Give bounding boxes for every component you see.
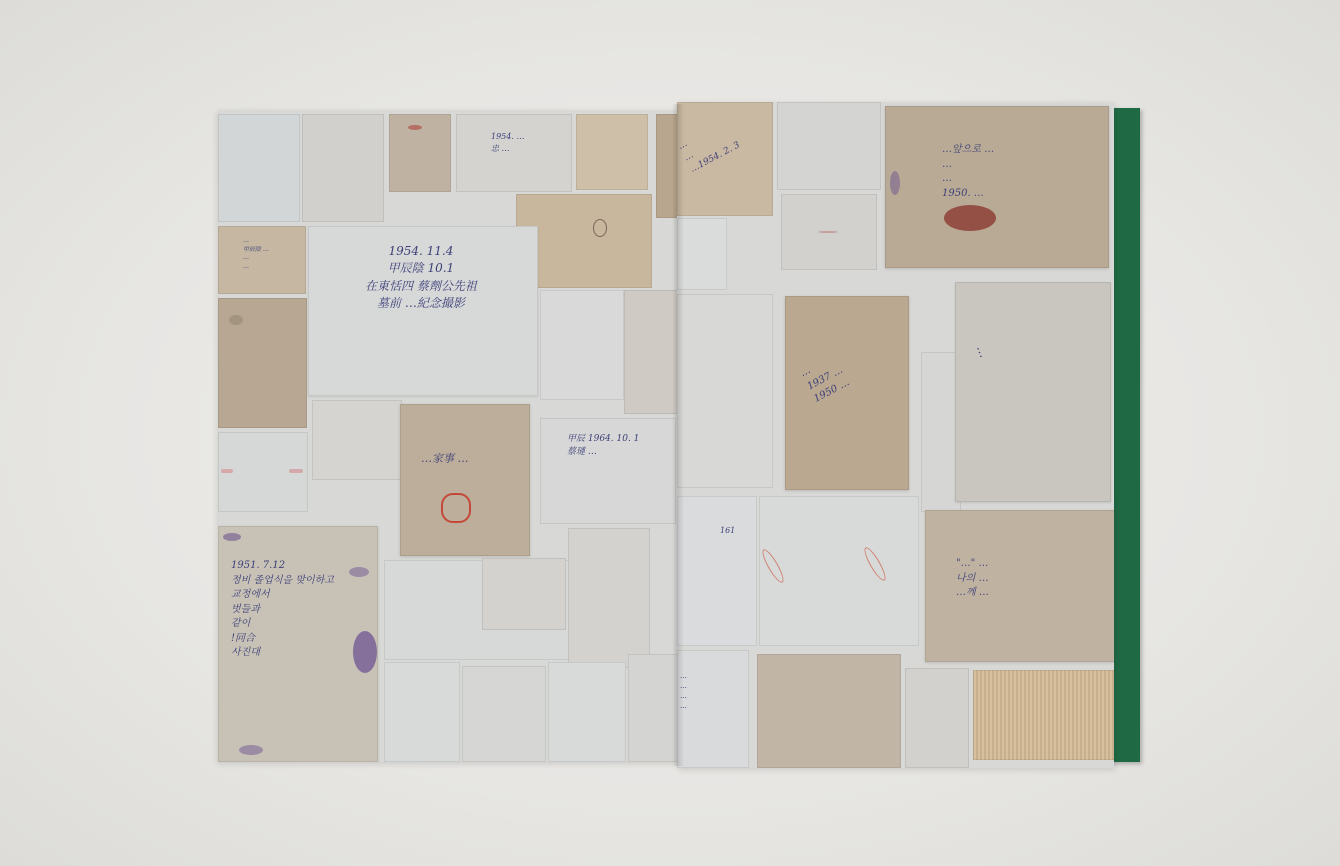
- right-page: … … …1954. 2. 3 …앞으로 … … … 1950. … … 193…: [677, 102, 1114, 768]
- note-card: [548, 662, 626, 762]
- photo-back-card: … 1937 … 1950 …: [785, 296, 909, 490]
- photo-back-card: 1951. 7.12 정비 졸업식을 맞이하고 교정에서 벗들과 같이 !同合 …: [218, 526, 378, 762]
- note-card: [677, 218, 727, 290]
- handwritten-note: 1951. 7.12 정비 졸업식을 맞이하고 교정에서 벗들과 같이 !同合 …: [231, 559, 334, 661]
- note-card: [540, 290, 624, 400]
- note-card: 1954. … 忠 …: [456, 114, 572, 192]
- handwritten-note: … 甲辰陰 … … …: [243, 237, 269, 272]
- note-card: 161: [677, 496, 757, 646]
- photo-back-card: …앞으로 … … … 1950. …: [885, 106, 1109, 268]
- note-card: [777, 102, 881, 190]
- red-seal-stamp: [441, 493, 471, 523]
- note-card: …: [955, 282, 1111, 502]
- note-card: [624, 290, 678, 414]
- note-card: [759, 496, 919, 646]
- handwritten-note: … … …1954. 2. 3: [677, 116, 743, 176]
- note-card: "…" … 나의 … …께 …: [925, 510, 1114, 662]
- handwritten-note: …: [972, 343, 992, 360]
- handwritten-note: "…" … 나의 … …께 …: [956, 557, 989, 601]
- note-card: [568, 528, 650, 668]
- note-card: … 甲辰陰 … … …: [218, 226, 306, 294]
- note-card: … … … …: [677, 650, 749, 768]
- note-card: [218, 298, 307, 428]
- handwritten-note: … 1937 … 1950 …: [798, 350, 853, 407]
- handwritten-note: 1954. 11.4 甲辰陰 10.1 在東恬四 蔡劑公先祖 墓前 …紀念撮影: [365, 243, 477, 313]
- note-card: [482, 558, 566, 630]
- note-card: [218, 432, 308, 512]
- photo-back-card: 1954. 11.4 甲辰陰 10.1 在東恬四 蔡劑公先祖 墓前 …紀念撮影: [308, 226, 538, 396]
- note-card: [905, 668, 969, 768]
- handwritten-note: …家事 …: [421, 451, 469, 467]
- stamped-card: …家事 …: [400, 404, 530, 556]
- note-card: [389, 114, 451, 192]
- handwritten-note: …앞으로 … … … 1950. …: [942, 143, 994, 201]
- note-card: [462, 666, 546, 762]
- book-gutter: [672, 104, 684, 766]
- note-card: [312, 400, 402, 480]
- handwritten-note: 1954. … 忠 …: [491, 131, 524, 154]
- note-card: [384, 662, 460, 762]
- note-card: 甲辰 1964. 10. 1 蔡璉 …: [540, 418, 676, 524]
- corrugated-card: [973, 670, 1114, 760]
- note-card: [576, 114, 648, 190]
- note-card: [757, 654, 901, 768]
- left-page: 1954. … 忠 … … 甲辰陰 … … … 1954. 11.4 甲辰陰 1…: [218, 110, 678, 762]
- note-card: [781, 194, 877, 270]
- note-card: [218, 114, 300, 222]
- handwritten-note: 161: [720, 525, 735, 537]
- note-card: [302, 114, 384, 222]
- note-card: … … …1954. 2. 3: [677, 102, 773, 216]
- note-card: [628, 654, 678, 762]
- note-card: [677, 294, 773, 488]
- handwritten-note: 甲辰 1964. 10. 1 蔡璉 …: [567, 433, 639, 459]
